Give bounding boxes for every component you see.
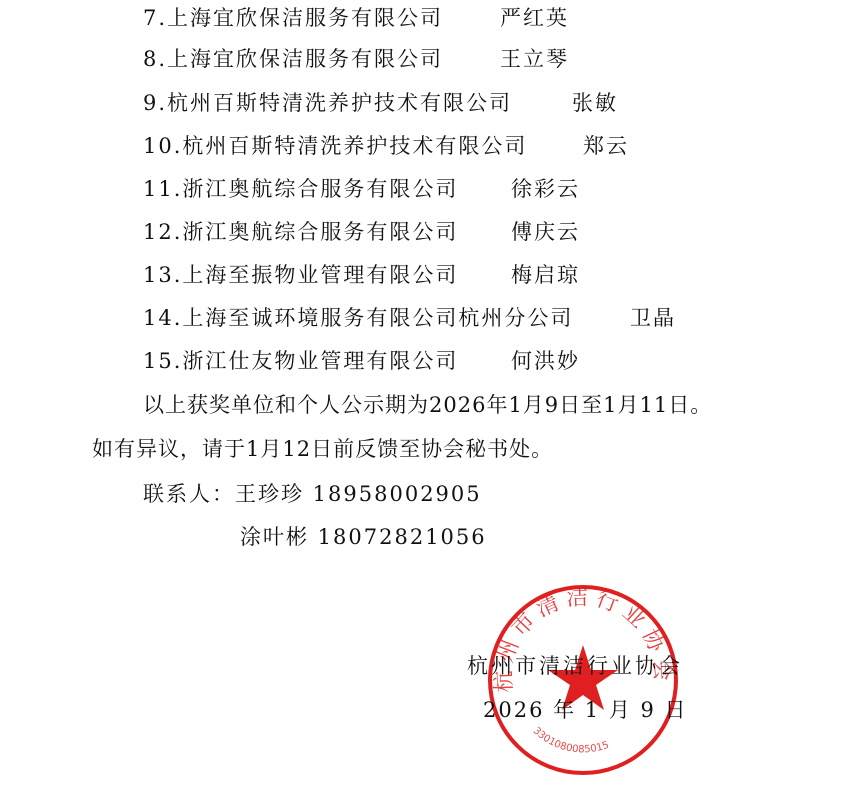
awardee-name-15: 何洪妙 bbox=[511, 348, 580, 374]
awardee-org-13: 13.上海至振物业管理有限公司 bbox=[143, 262, 458, 288]
awardee-name-12: 傅庆云 bbox=[511, 219, 580, 245]
awardee-org-14: 14.上海至诚环境服务有限公司杭州分公司 bbox=[143, 305, 573, 331]
seal-code: 3301080085015 bbox=[531, 725, 611, 755]
awardee-name-7: 严红英 bbox=[500, 5, 569, 31]
awardee-name-8: 王立琴 bbox=[500, 46, 569, 72]
contacts-line-1: 联系人：王珍珍 18958002905 bbox=[143, 481, 482, 507]
contact-person-1: 王珍珍 18958002905 bbox=[235, 482, 482, 506]
awardee-name-13: 梅启琼 bbox=[511, 262, 580, 288]
awardee-name-11: 徐彩云 bbox=[511, 176, 580, 202]
awardee-org-8: 8.上海宜欣保洁服务有限公司 bbox=[143, 46, 443, 72]
awardee-org-11: 11.浙江奥航综合服务有限公司 bbox=[143, 176, 458, 202]
official-seal: 杭州市清洁行业协会 3301080085015 bbox=[486, 583, 680, 777]
signature-date: 2026 年 1 月 9 日 bbox=[483, 697, 688, 723]
awardee-name-9: 张敏 bbox=[572, 90, 618, 116]
awardee-name-10: 郑云 bbox=[583, 133, 629, 159]
contacts-label: 联系人： bbox=[143, 482, 235, 506]
awardee-org-12: 12.浙江奥航综合服务有限公司 bbox=[143, 219, 458, 245]
notice-objection: 如有异议，请于1月12日前反馈至协会秘书处。 bbox=[92, 436, 553, 462]
awardee-org-9: 9.杭州百斯特清洗养护技术有限公司 bbox=[143, 90, 512, 116]
awardee-org-7: 7.上海宜欣保洁服务有限公司 bbox=[143, 5, 443, 31]
awardee-name-14: 卫晶 bbox=[630, 305, 676, 331]
contact-person-2: 涂叶彬 18072821056 bbox=[240, 524, 487, 550]
signature-org: 杭州市清洁行业协会 bbox=[467, 653, 683, 679]
notice-period: 以上获奖单位和个人公示期为2026年1月9日至1月11日。 bbox=[143, 392, 712, 418]
awardee-org-10: 10.杭州百斯特清洗养护技术有限公司 bbox=[143, 133, 527, 159]
awardee-org-15: 15.浙江仕友物业管理有限公司 bbox=[143, 348, 458, 374]
